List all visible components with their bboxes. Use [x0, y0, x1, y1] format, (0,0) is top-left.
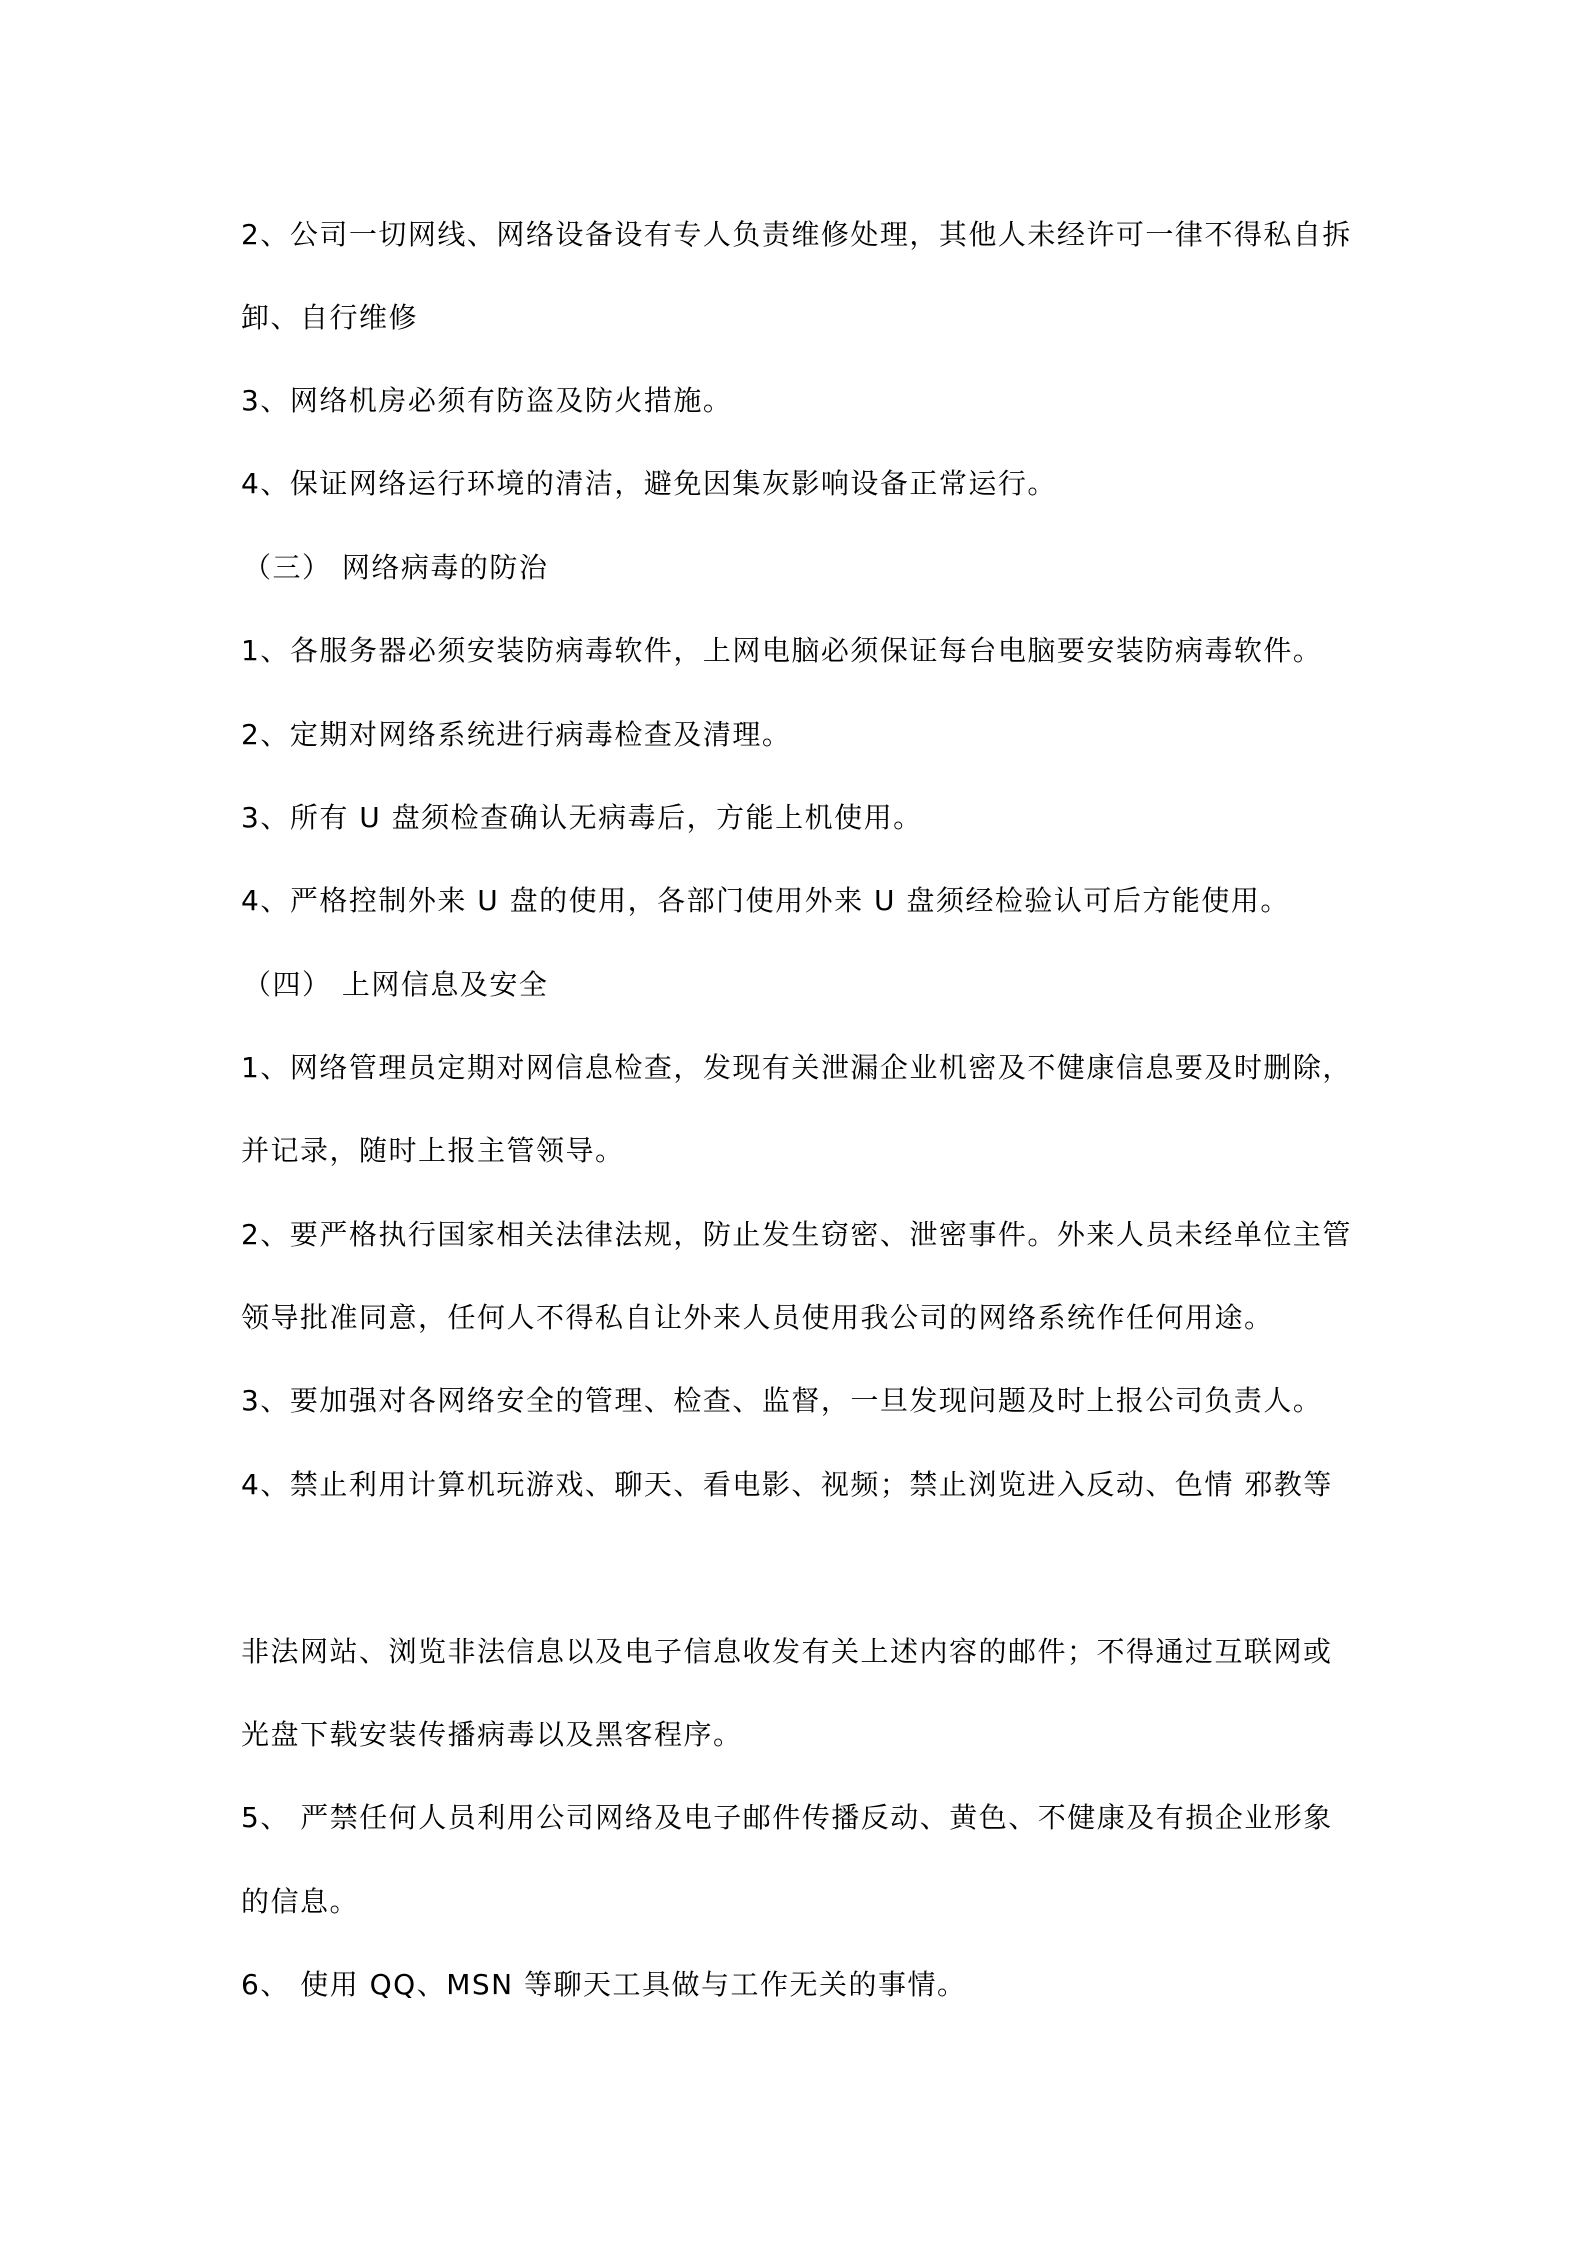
text-line: 1、各服务器必须安装防病毒软件，上网电脑必须保证每台电脑要安装防病毒软件。 — [241, 631, 1322, 671]
text-line: 光盘下载安装传播病毒以及黑客程序。 — [241, 1715, 743, 1755]
text-line: 6、 使用 QQ、MSN 等聊天工具做与工作无关的事情。 — [241, 1965, 966, 2005]
text-line: 2、公司一切网线、网络设备设有专人负责维修处理，其他人未经许可一律不得私自拆 — [241, 215, 1352, 255]
text-line: 领导批准同意，任何人不得私自让外来人员使用我公司的网络系统作任何用途。 — [241, 1298, 1274, 1338]
document-page: 2、公司一切网线、网络设备设有专人负责维修处理，其他人未经许可一律不得私自拆 卸… — [0, 0, 1587, 2245]
text-line: 3、所有 U 盘须检查确认无病毒后，方能上机使用。 — [241, 798, 923, 838]
text-line: 1、网络管理员定期对网信息检查，发现有关泄漏企业机密及不健康信息要及时删除， — [241, 1048, 1352, 1088]
text-line: 的信息。 — [241, 1882, 359, 1922]
text-line: 5、 严禁任何人员利用公司网络及电子邮件传播反动、黄色、不健康及有损企业形象 — [241, 1798, 1333, 1838]
text-line: 3、要加强对各网络安全的管理、检查、监督，一旦发现问题及时上报公司负责人。 — [241, 1381, 1322, 1421]
text-line: 2、定期对网络系统进行病毒检查及清理。 — [241, 715, 791, 755]
text-line: 2、要严格执行国家相关法律法规，防止发生窃密、泄密事件。外来人员未经单位主管 — [241, 1215, 1352, 1255]
text-line: 非法网站、浏览非法信息以及电子信息收发有关上述内容的邮件；不得通过互联网或 — [241, 1632, 1333, 1672]
section-heading: （三） 网络病毒的防治 — [243, 548, 548, 588]
text-line: 3、网络机房必须有防盗及防火措施。 — [241, 381, 732, 421]
text-line: 并记录，随时上报主管领导。 — [241, 1131, 625, 1171]
text-line: 卸、自行维修 — [241, 298, 418, 338]
text-line: 4、禁止利用计算机玩游戏、聊天、看电影、视频；禁止浏览进入反动、色情 邪教等 — [241, 1465, 1333, 1505]
text-line: 4、严格控制外来 U 盘的使用，各部门使用外来 U 盘须经检验认可后方能使用。 — [241, 881, 1290, 921]
section-heading: （四） 上网信息及安全 — [243, 965, 548, 1005]
text-line: 4、保证网络运行环境的清洁，避免因集灰影响设备正常运行。 — [241, 464, 1057, 504]
